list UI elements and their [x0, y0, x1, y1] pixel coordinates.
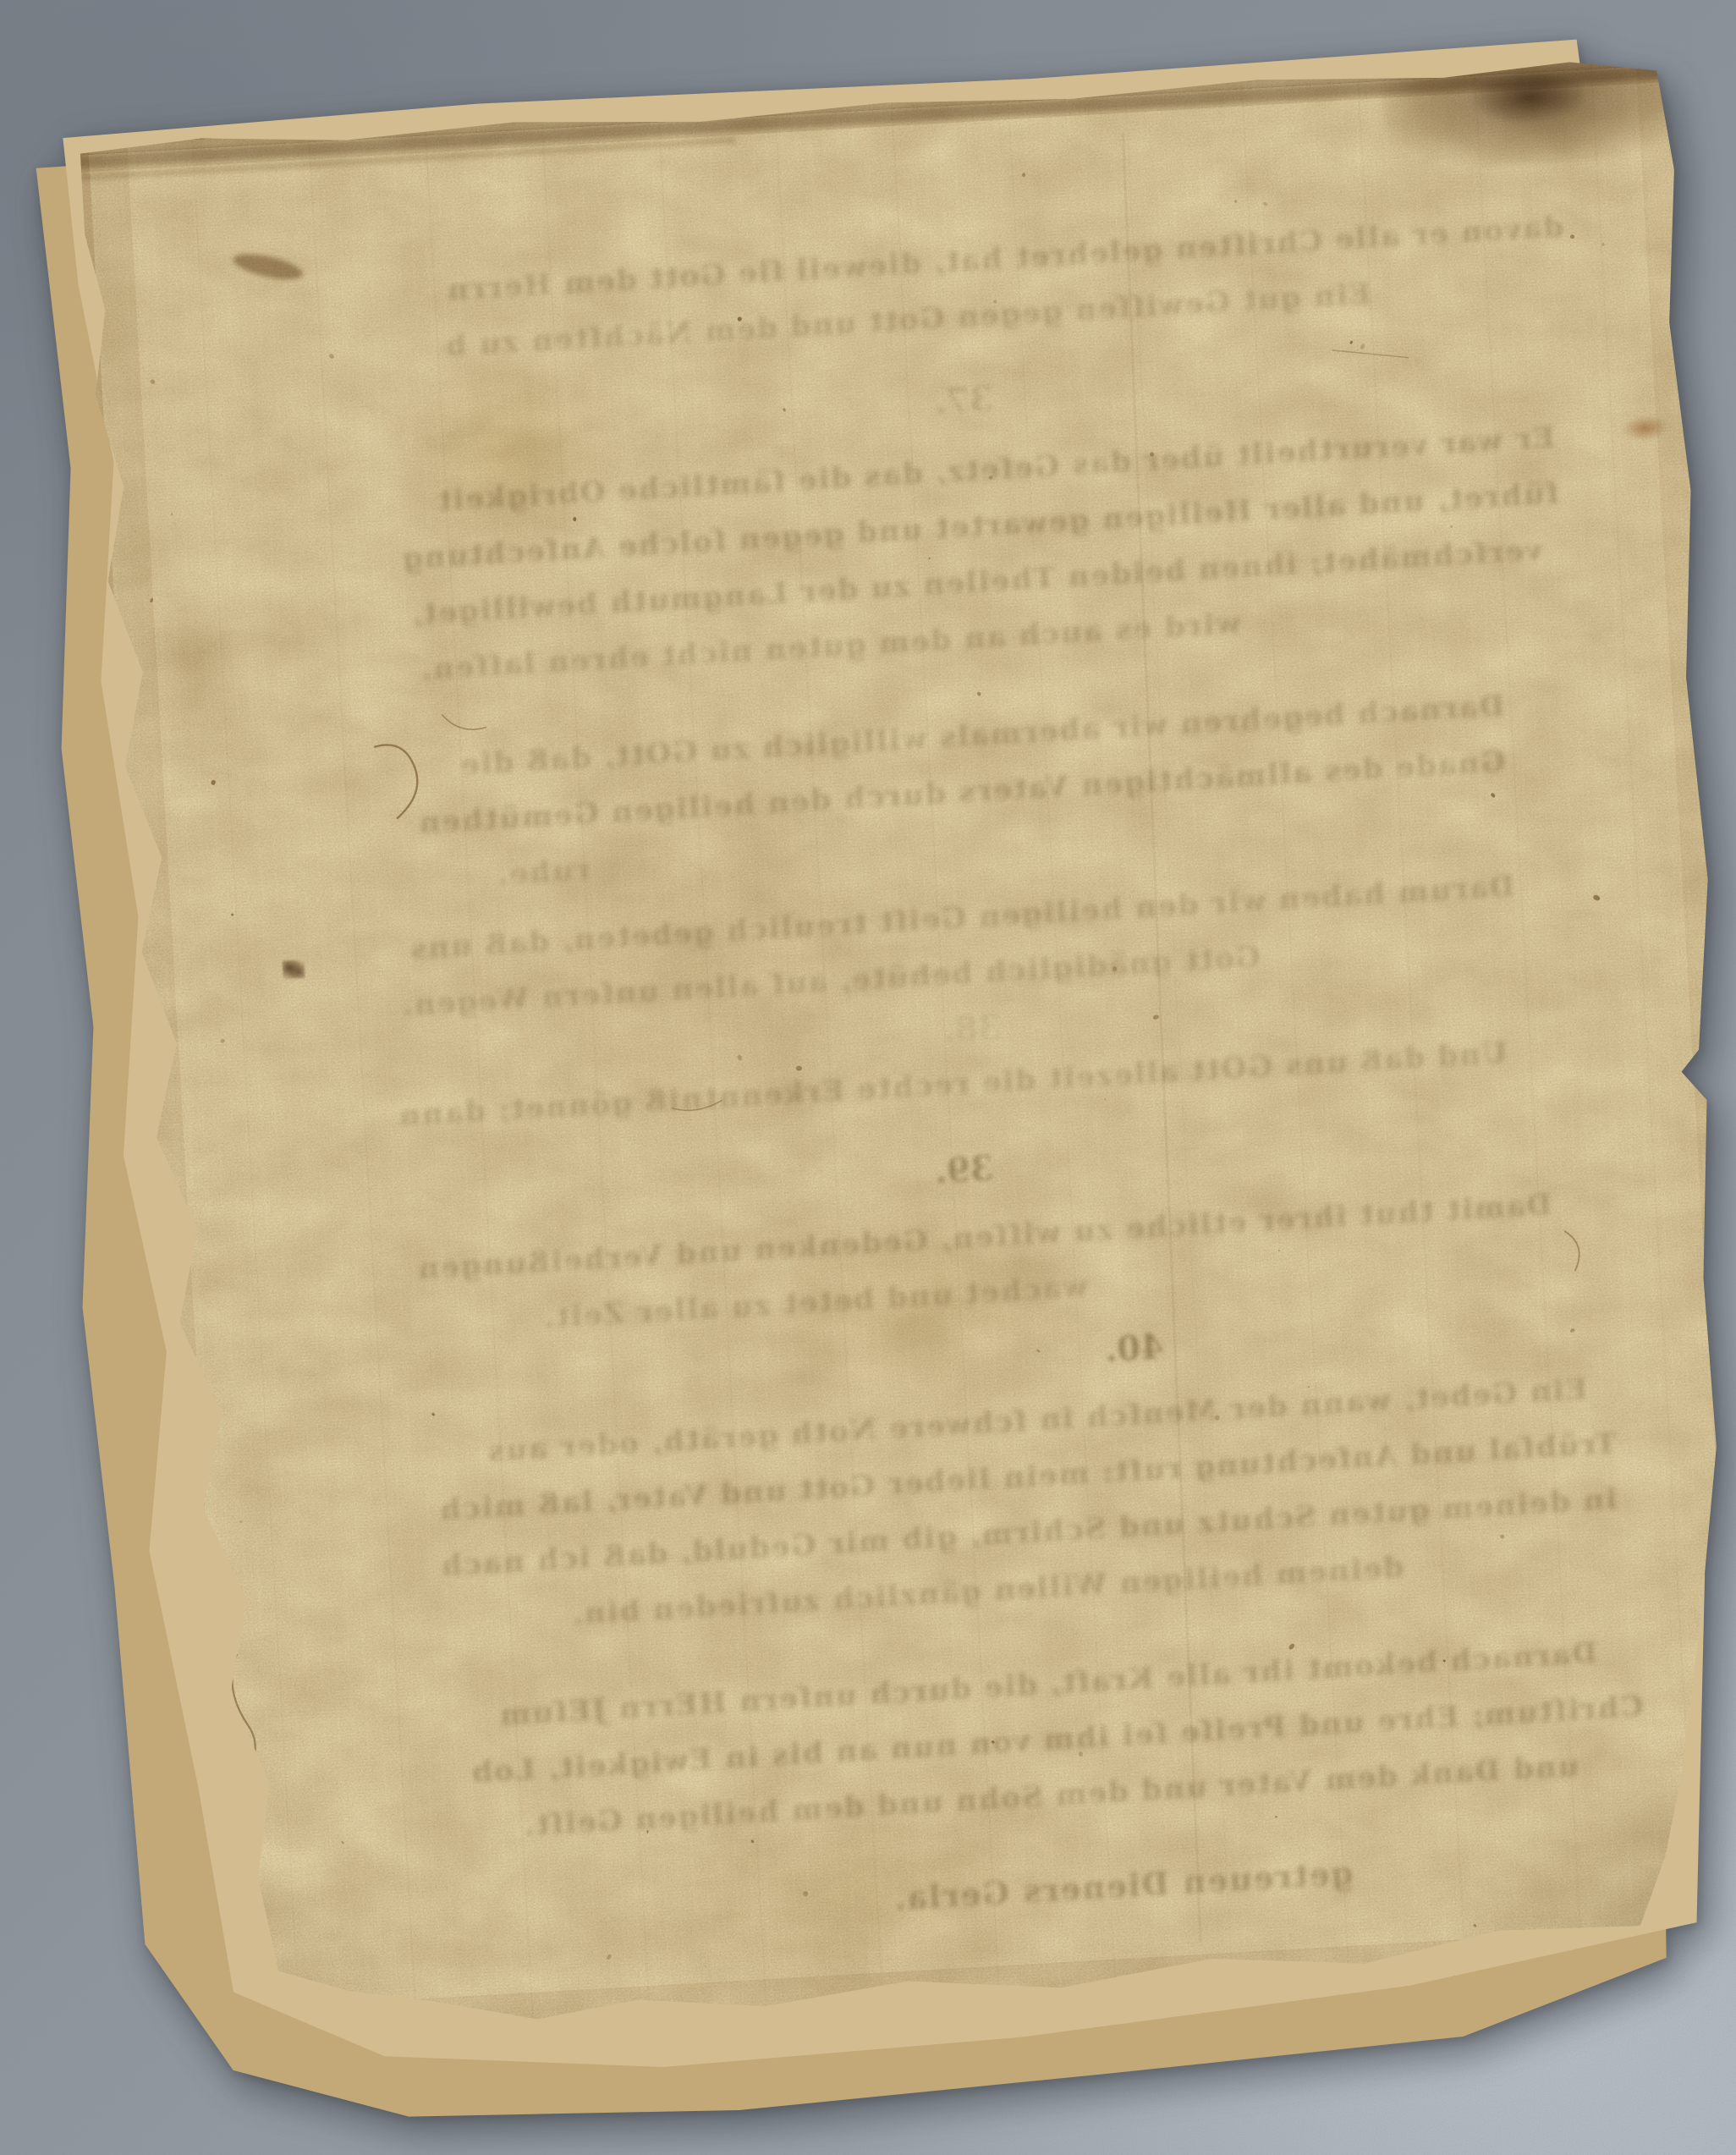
showthrough-signature-line: getreuen Dieners Gerla.	[860, 1851, 1386, 1920]
paper-speck	[239, 1520, 243, 1524]
paper-speck	[783, 408, 786, 411]
paper-speck	[1349, 340, 1353, 344]
top-crease-shadow	[75, 64, 1681, 169]
top-right-edge-stain-core	[1469, 68, 1590, 127]
paper-speck	[1450, 525, 1453, 529]
paper-speck	[976, 691, 981, 696]
photo-canvas: davon er alle Chriſten gelehret hat, die…	[0, 0, 1736, 2155]
paper-speck	[796, 1066, 802, 1071]
paper-speck	[1473, 1923, 1477, 1927]
paper-speck	[1022, 173, 1026, 178]
paper-speck	[1288, 1642, 1295, 1650]
left-edge-tan-stain	[135, 590, 253, 748]
fibre-curl-icon	[1564, 1230, 1580, 1272]
paper-speck	[220, 1038, 226, 1044]
paper-speck	[1360, 343, 1366, 350]
paper-speck	[1234, 200, 1238, 204]
paper-speck	[1262, 201, 1268, 207]
dark-double-spot	[282, 959, 305, 979]
paper-speck	[573, 517, 576, 521]
paper-speck	[231, 913, 234, 916]
paper-speck	[1500, 1534, 1505, 1539]
paper-speck	[1278, 1250, 1281, 1251]
fibre-icon	[442, 712, 486, 731]
paper-speck	[803, 1891, 808, 1897]
paper-speck	[1104, 1098, 1107, 1101]
showthrough-text-line: ruhe.	[390, 844, 696, 900]
showthrough-section-number-40: 40.	[1070, 1324, 1200, 1373]
paper-speck	[1490, 792, 1496, 798]
paper-speck	[150, 378, 156, 385]
paper-speck	[1153, 1014, 1160, 1020]
showthrough-section-number-38: 38.	[908, 1004, 1037, 1053]
paper-speck	[328, 353, 334, 359]
top-left-crease-smudge	[231, 249, 305, 284]
fibre-icon	[1332, 346, 1409, 362]
paper-speck	[431, 1412, 436, 1416]
paper-speck	[171, 513, 173, 515]
paper-speck	[150, 598, 154, 602]
paper-speck	[1275, 1816, 1277, 1817]
paper-stack: davon er alle Chriſten gelehret hat, die…	[0, 0, 1736, 2155]
paper-speck	[1036, 1349, 1041, 1353]
paper-sheet: davon er alle Chriſten gelehret hat, die…	[74, 51, 1736, 2051]
paper-speck	[1601, 243, 1605, 247]
rust-fleck-right-edge	[1620, 414, 1669, 442]
paper-speck	[211, 779, 217, 785]
paper-speck	[737, 1054, 743, 1061]
paper-speck	[1716, 1732, 1720, 1737]
paper-speck	[341, 1841, 344, 1844]
paper-speck	[1569, 1328, 1575, 1333]
showthrough-section-number-37: 37.	[899, 376, 1029, 425]
paper-speck	[1593, 894, 1601, 901]
paper-speck	[606, 1954, 613, 1960]
top-crease-ridge	[76, 137, 735, 181]
showthrough-section-number-39: 39.	[900, 1146, 1030, 1195]
paper-speck	[750, 1839, 755, 1844]
paper-speck	[929, 558, 931, 560]
